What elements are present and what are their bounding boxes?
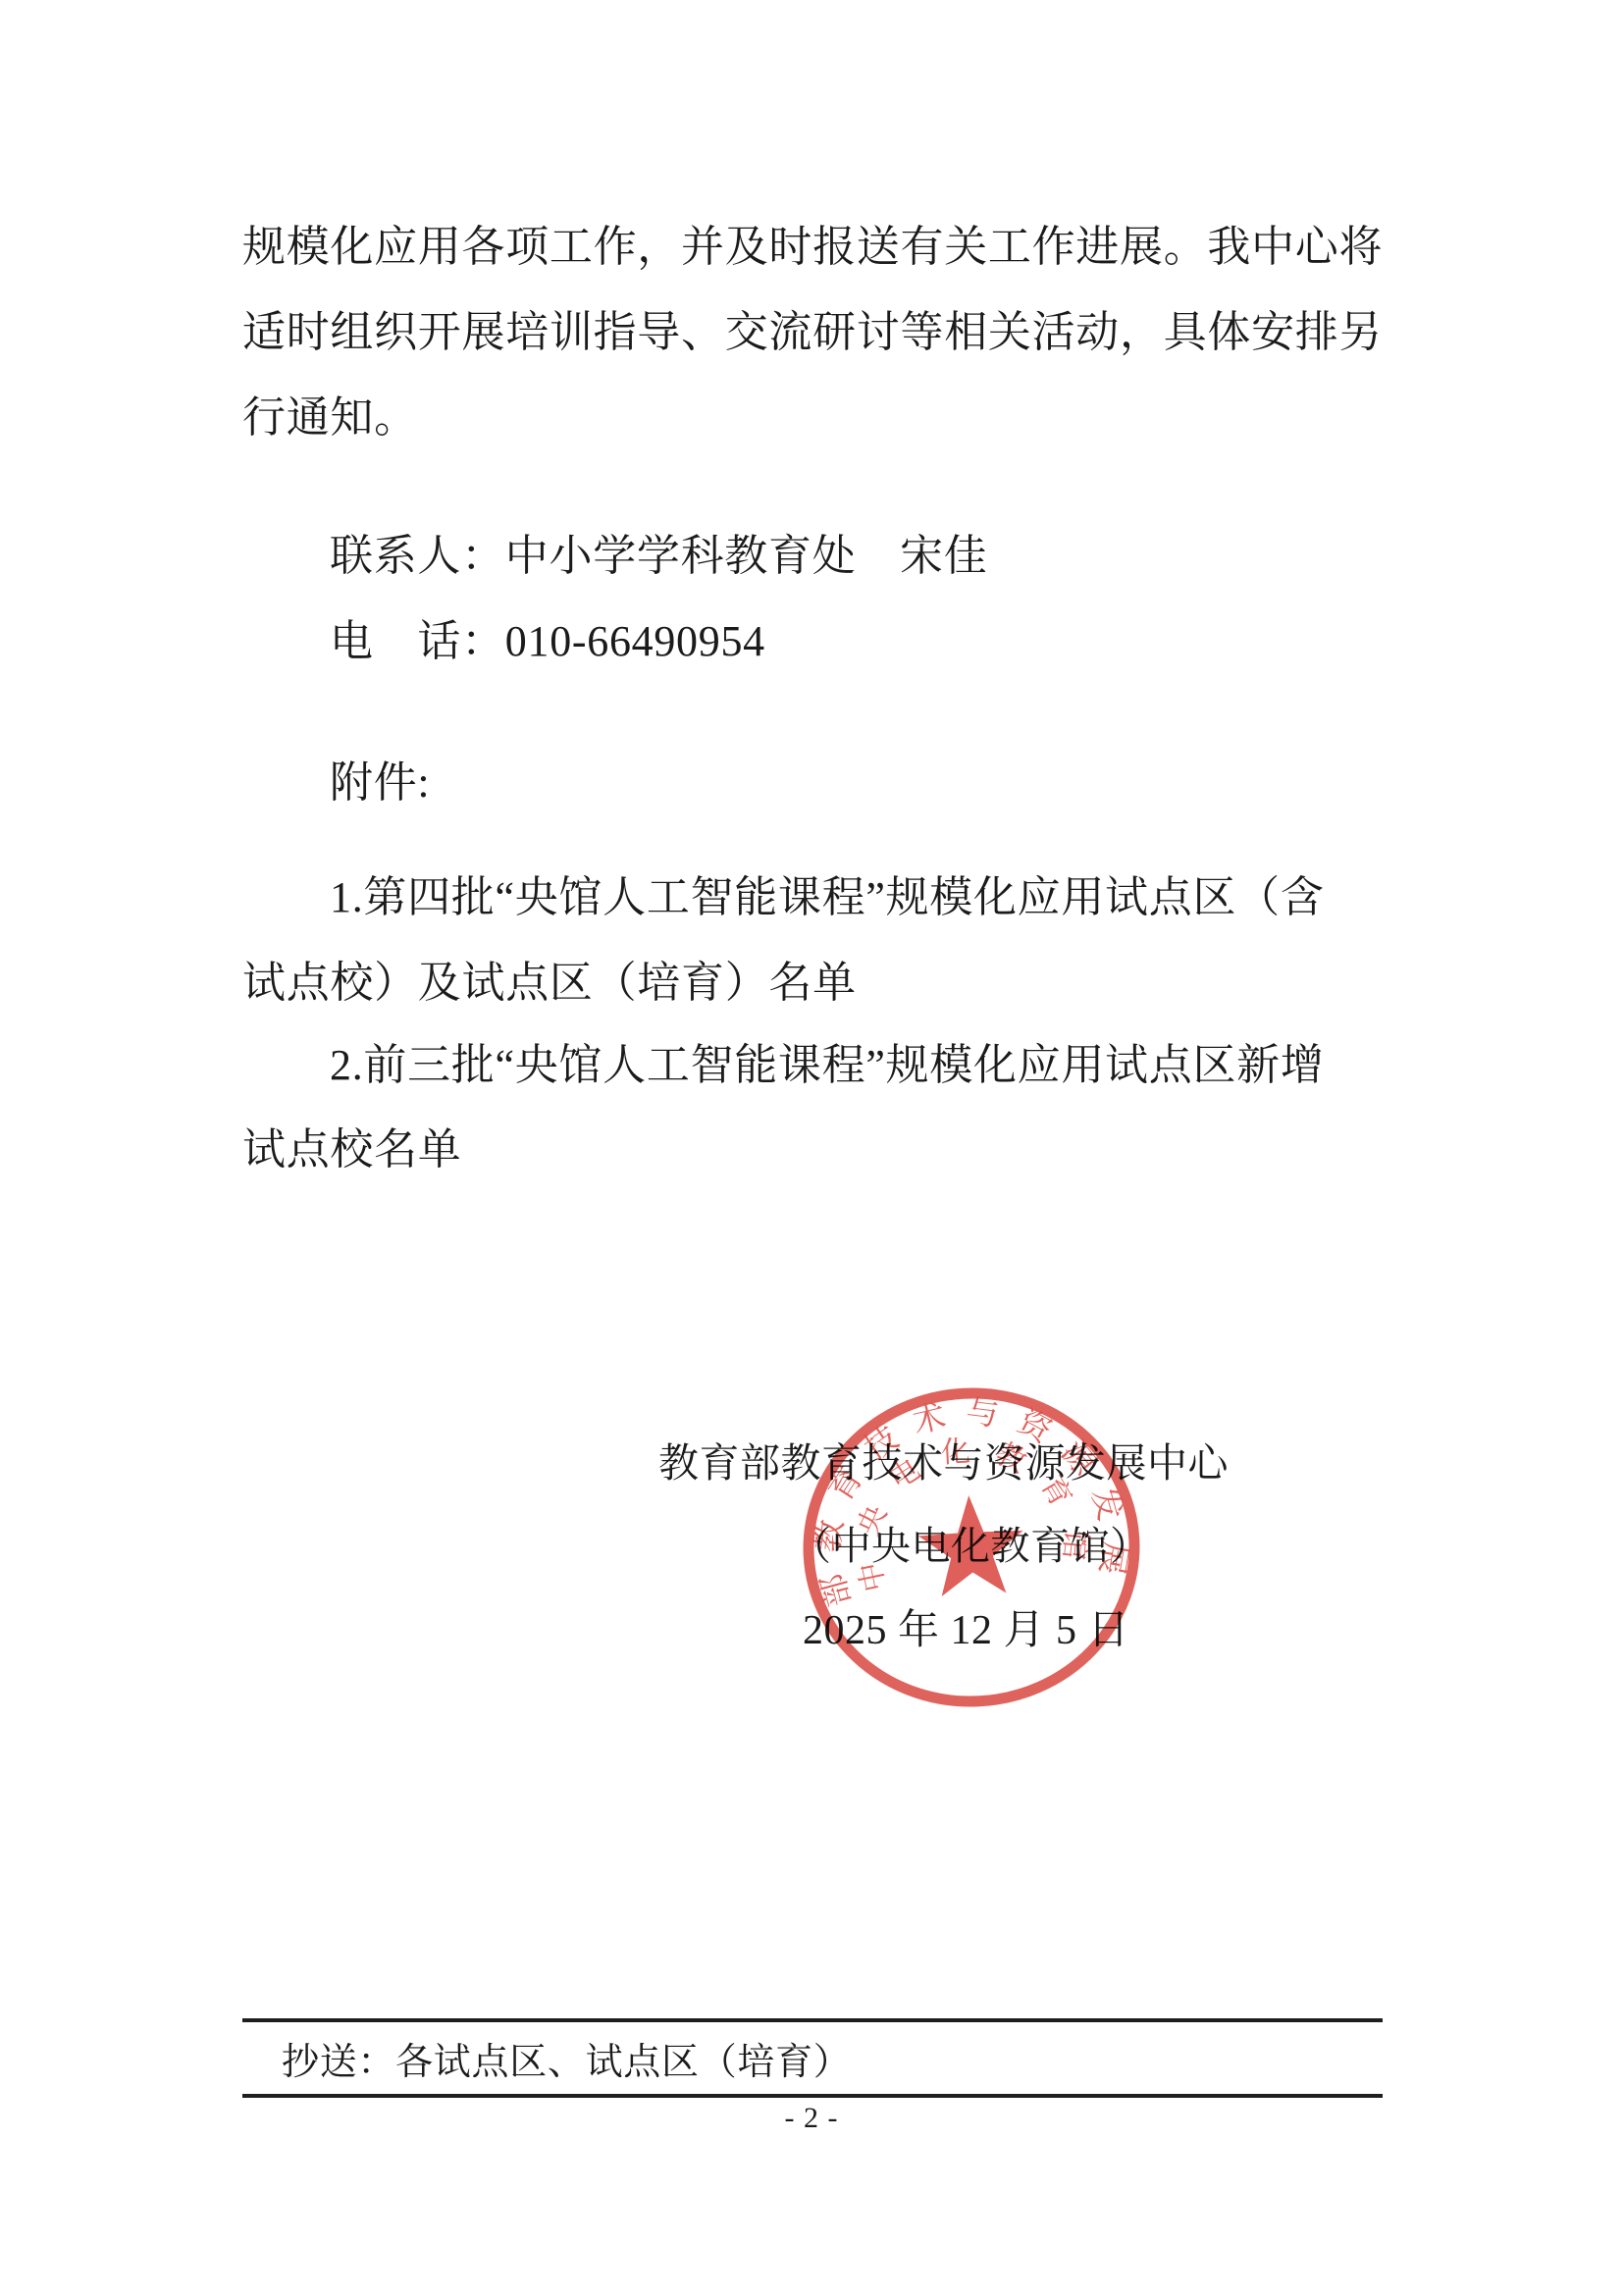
attachment-1-line-1: 1.第四批“央馆人工智能课程”规模化应用试点区（含 bbox=[330, 876, 1325, 919]
contact-person-line: 联系人：中小学学科教育处 宋佳 bbox=[330, 535, 988, 578]
paragraph-line-1: 规模化应用各项工作，并及时报送有关工作进展。我中心将 bbox=[242, 226, 1383, 269]
official-seal: 教育部教育技术与资源发展中心 中央电化教育馆 11010210084187 bbox=[792, 1377, 1152, 1718]
page-number: - 2 - bbox=[0, 2102, 1623, 2135]
footer-top-rule bbox=[242, 2018, 1383, 2022]
seal-star-icon bbox=[916, 1492, 1026, 1597]
attachments-heading: 附件: bbox=[330, 761, 430, 805]
footer-bottom-rule bbox=[242, 2094, 1383, 2098]
attachment-1-line-2: 试点校）及试点区（培育）名单 bbox=[242, 962, 857, 1005]
paragraph-line-2: 适时组织开展培训指导、交流研讨等相关活动，具体安排另 bbox=[242, 311, 1383, 354]
contact-phone-line: 电 话：010-66490954 bbox=[330, 620, 765, 663]
footer-cc-line: 抄送：各试点区、试点区（培育） bbox=[282, 2044, 852, 2081]
attachment-2-line-1: 2.前三批“央馆人工智能课程”规模化应用试点区新增 bbox=[330, 1044, 1325, 1087]
paragraph-line-3: 行通知。 bbox=[242, 396, 418, 440]
attachment-2-line-2: 试点校名单 bbox=[242, 1128, 462, 1172]
document-page: 规模化应用各项工作，并及时报送有关工作进展。我中心将 适时组织开展培训指导、交流… bbox=[0, 0, 1623, 2296]
